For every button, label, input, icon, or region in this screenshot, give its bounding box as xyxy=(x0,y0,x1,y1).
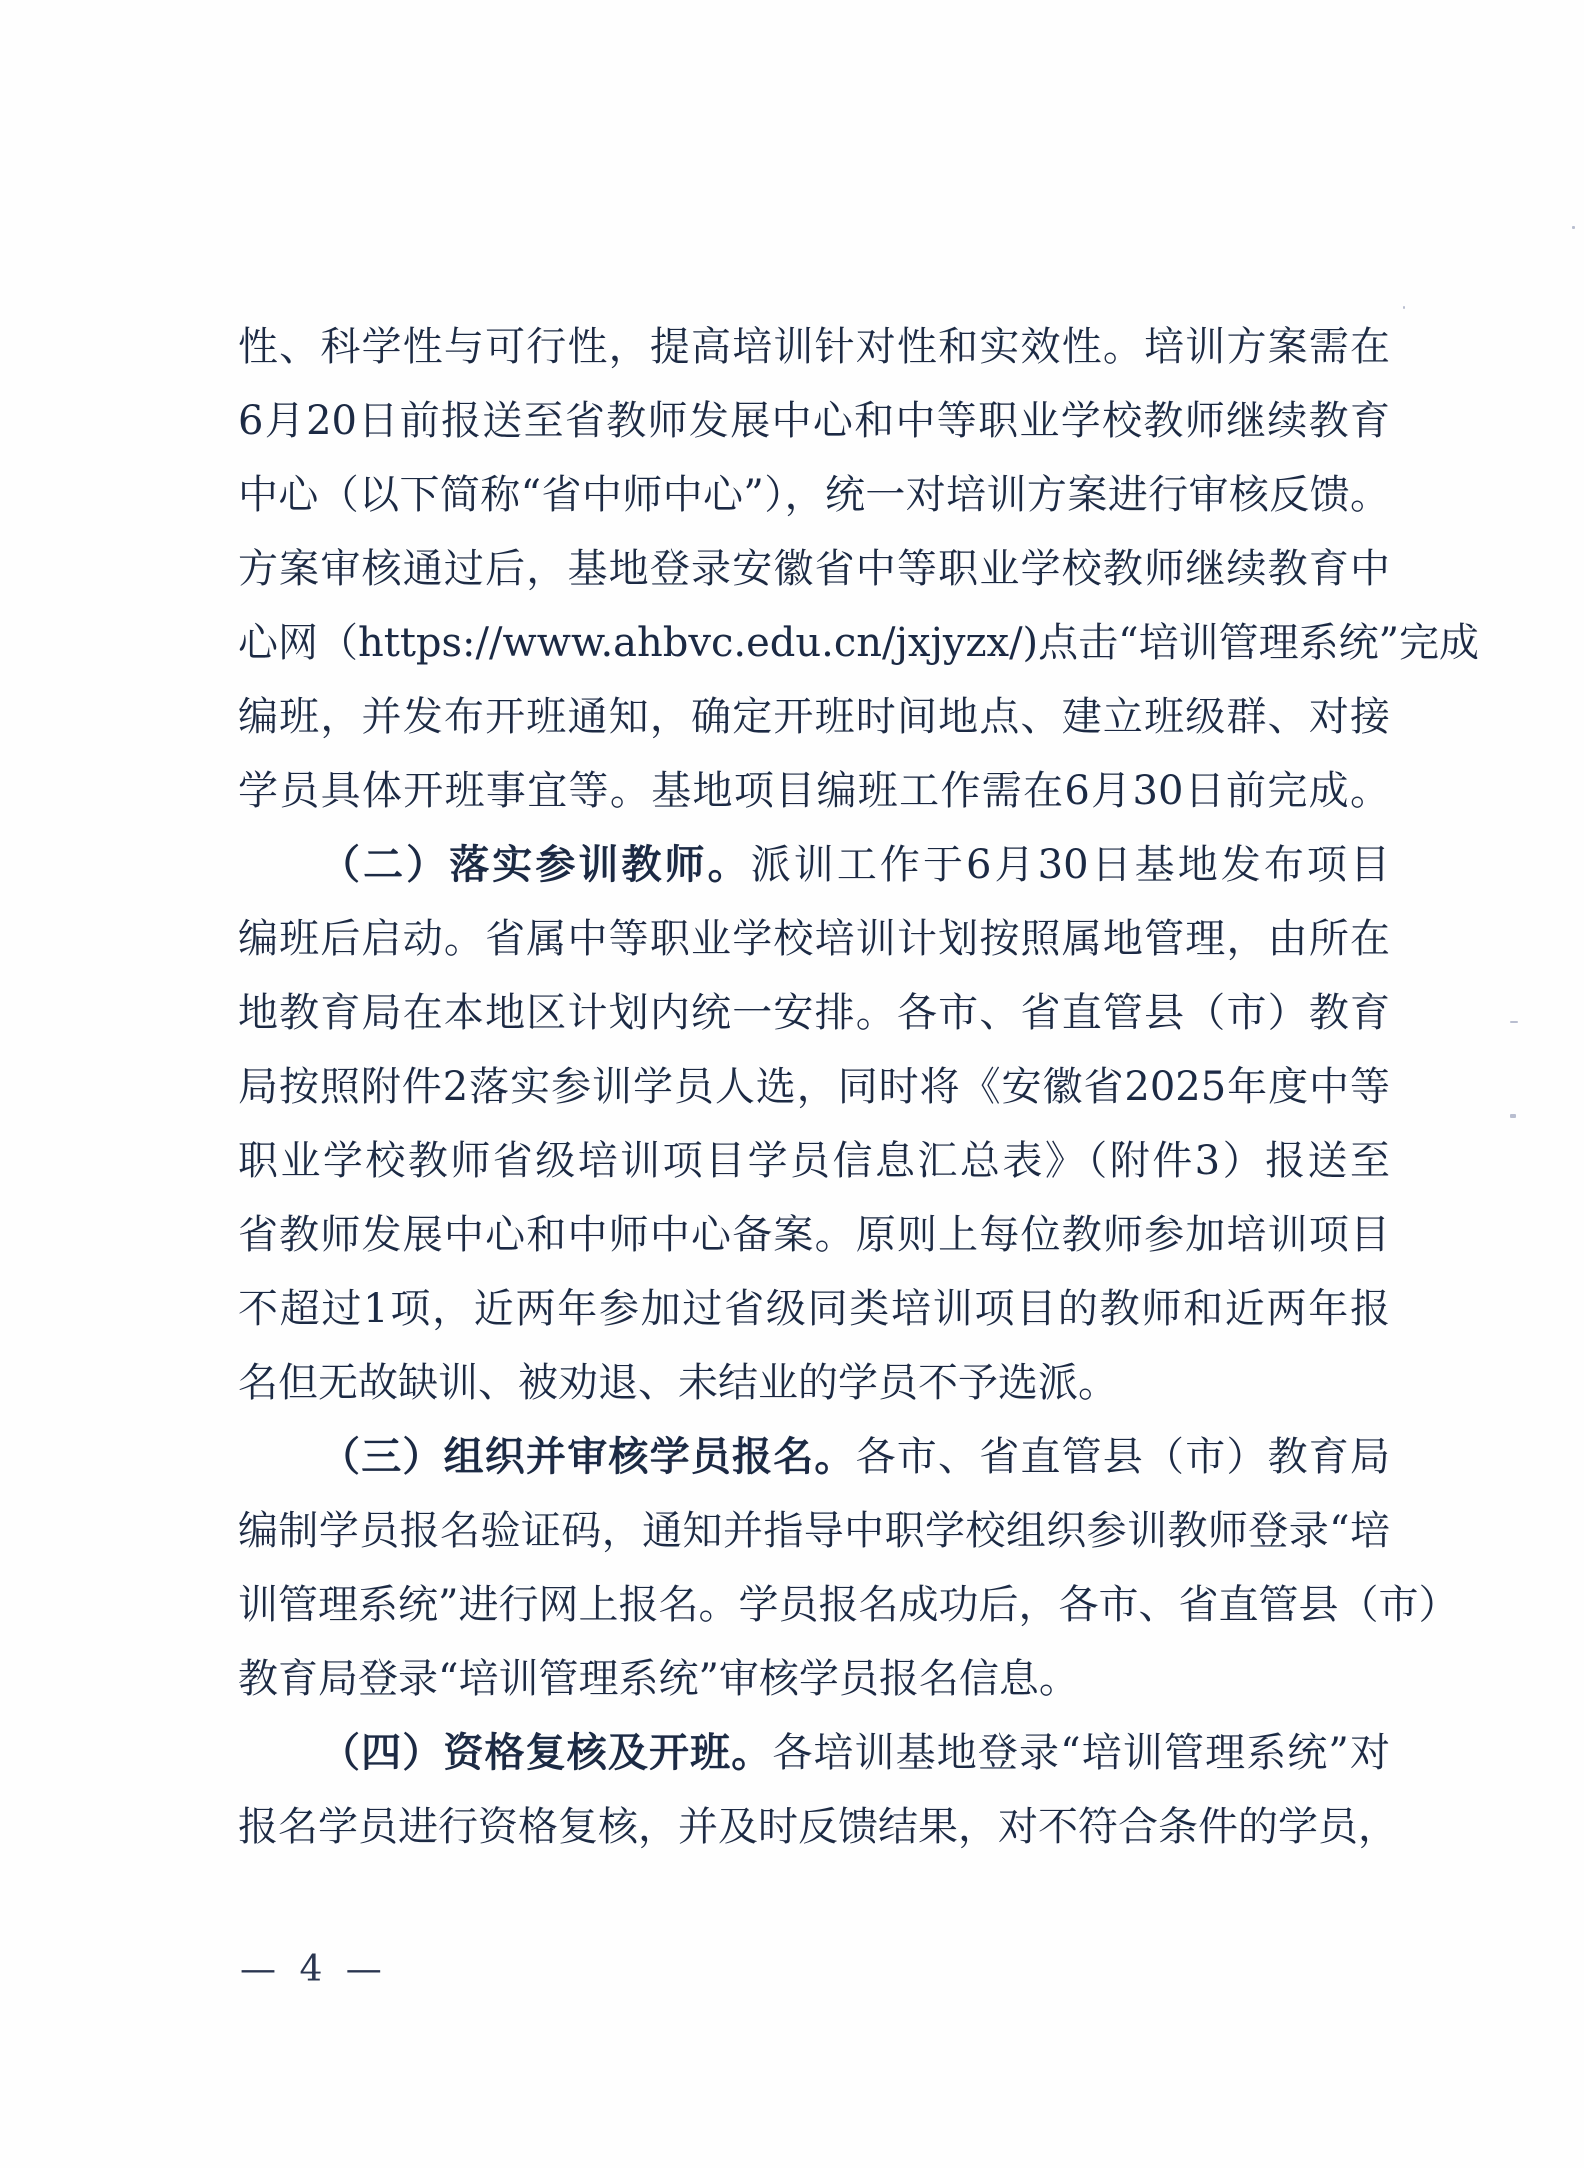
text-line: 局按照附件2落实参训学员人选，同时将《安徽省2025年度中等 xyxy=(238,1050,1390,1124)
text-line: 编班后启动。省属中等职业学校培训计划按照属地管理，由所在 xyxy=(238,902,1390,976)
document-page: 性、科学性与可行性，提高培训针对性和实效性。培训方案需在 6月20日前报送至省教… xyxy=(0,0,1584,2168)
text-run: 各市、省直管县（市）教育局 xyxy=(856,1434,1390,1480)
text-line: 方案审核通过后，基地登录安徽省中等职业学校教师继续教育中 xyxy=(238,532,1390,606)
scan-speck xyxy=(1572,226,1575,229)
scan-speck xyxy=(1403,306,1405,309)
scan-speck xyxy=(1510,1114,1516,1118)
paragraph-4: （四）资格复核及开班。各培训基地登录“培训管理系统”对 报名学员进行资格复核，并… xyxy=(238,1716,1390,1864)
text-line: 名但无故缺训、被劝退、未结业的学员不予选派。 xyxy=(238,1346,1390,1420)
section-heading-3: （三）组织并审核学员报名。 xyxy=(320,1433,856,1480)
text-line: 学员具体开班事宜等。基地项目编班工作需在6月30日前完成。 xyxy=(238,754,1390,828)
paragraph-first-line: （三）组织并审核学员报名。各市、省直管县（市）教育局 xyxy=(238,1420,1390,1494)
paragraph-first-line: （四）资格复核及开班。各培训基地登录“培训管理系统”对 xyxy=(238,1716,1390,1790)
text-line: 心网（https://www.ahbvc.edu.cn/jxjyzx/)点击“培… xyxy=(238,606,1390,680)
text-line: 报名学员进行资格复核，并及时反馈结果，对不符合条件的学员， xyxy=(238,1790,1390,1864)
text-line: 不超过1项，近两年参加过省级同类培训项目的教师和近两年报 xyxy=(238,1272,1390,1346)
text-line: 训管理系统”进行网上报名。学员报名成功后，各市、省直管县（市） xyxy=(238,1568,1390,1642)
text-line: 性、科学性与可行性，提高培训针对性和实效性。培训方案需在 xyxy=(238,310,1390,384)
text-line: 职业学校教师省级培训项目学员信息汇总表》（附件3）报送至 xyxy=(238,1124,1390,1198)
text-line: 6月20日前报送至省教师发展中心和中等职业学校教师继续教育 xyxy=(238,384,1390,458)
text-line: 中心（以下简称“省中师中心”），统一对培训方案进行审核反馈。 xyxy=(238,458,1390,532)
text-line: 地教育局在本地区计划内统一安排。各市、省直管县（市）教育 xyxy=(238,976,1390,1050)
paragraph-2: （二）落实参训教师。派训工作于6月30日基地发布项目 编班后启动。省属中等职业学… xyxy=(238,828,1390,1420)
text-run: 派训工作于6月30日基地发布项目 xyxy=(751,842,1390,888)
document-body: 性、科学性与可行性，提高培训针对性和实效性。培训方案需在 6月20日前报送至省教… xyxy=(238,310,1390,1864)
text-line: 教育局登录“培训管理系统”审核学员报名信息。 xyxy=(238,1642,1390,1716)
section-heading-4: （四）资格复核及开班。 xyxy=(320,1729,772,1776)
text-line: 省教师发展中心和中师中心备案。原则上每位教师参加培训项目 xyxy=(238,1198,1390,1272)
text-line: 编班，并发布开班通知，确定开班时间地点、建立班级群、对接 xyxy=(238,680,1390,754)
paragraph-first-line: （二）落实参训教师。派训工作于6月30日基地发布项目 xyxy=(238,828,1390,902)
section-heading-2: （二）落实参训教师。 xyxy=(320,841,751,888)
page-number: — 4 — xyxy=(240,1945,388,1995)
paragraph-3: （三）组织并审核学员报名。各市、省直管县（市）教育局 编制学员报名验证码，通知并… xyxy=(238,1420,1390,1716)
scan-speck xyxy=(1510,1021,1518,1023)
text-run: 各培训基地登录“培训管理系统”对 xyxy=(772,1730,1390,1776)
paragraph-1: 性、科学性与可行性，提高培训针对性和实效性。培训方案需在 6月20日前报送至省教… xyxy=(238,310,1390,828)
text-line: 编制学员报名验证码，通知并指导中职学校组织参训教师登录“培 xyxy=(238,1494,1390,1568)
